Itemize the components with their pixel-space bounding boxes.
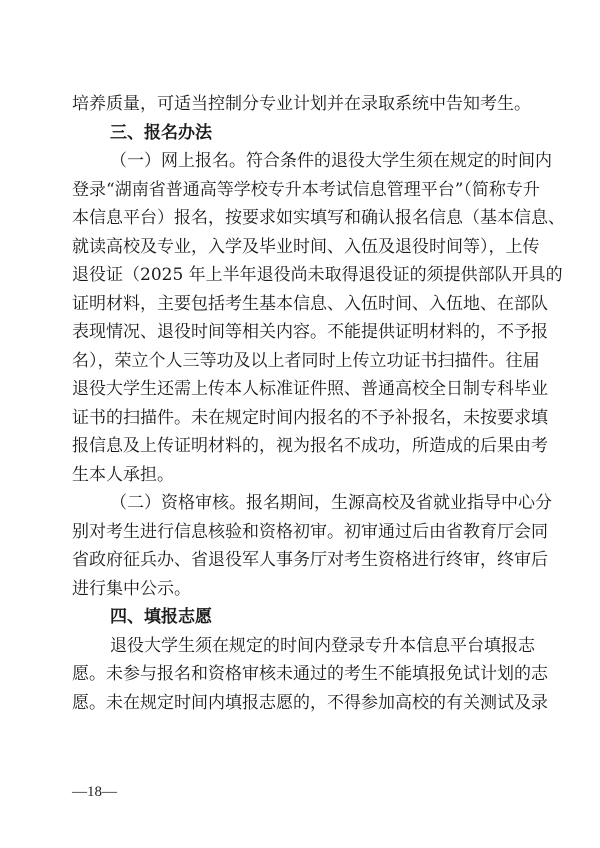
paragraph-line: 退役大学生还需上传本人标准证件照、普通高校全日制专科毕业	[72, 375, 530, 404]
paragraph-line: 本信息平台）报名，按要求如实填写和确认报名信息（基本信息、	[72, 204, 530, 233]
paragraph-line: 报信息及上传证明材料的，视为报名不成功，所造成的后果由考	[72, 432, 530, 461]
document-body: 培养质量，可适当控制分专业计划并在录取系统中告知考生。 三、报名办法 （一）网上…	[72, 90, 530, 717]
paragraph-line: 别对考生进行信息核验和资格初审。初审通过后由省教育厅会同	[72, 518, 530, 547]
paragraph-line: 生本人承担。	[72, 461, 530, 490]
paragraph-line: 证明材料，主要包括考生基本信息、入伍时间、入伍地、在部队	[72, 290, 530, 319]
paragraph-line: 就读高校及专业，入学及毕业时间、入伍及退役时间等），上传	[72, 233, 530, 262]
paragraph-line: 愿。未参与报名和资格审核未通过的考生不能填报免试计划的志	[72, 660, 530, 689]
section-heading-registration: 三、报名办法	[72, 119, 530, 148]
page-number: —18—	[72, 784, 117, 801]
document-page: 培养质量，可适当控制分专业计划并在录取系统中告知考生。 三、报名办法 （一）网上…	[0, 0, 600, 848]
paragraph-line: 省政府征兵办、省退役军人事务厅对考生资格进行终审，终审后	[72, 546, 530, 575]
paragraph-line: （一）网上报名。符合条件的退役大学生须在规定的时间内	[72, 147, 530, 176]
paragraph-line: 培养质量，可适当控制分专业计划并在录取系统中告知考生。	[72, 90, 530, 119]
paragraph-line: 名），荣立个人三等功及以上者同时上传立功证书扫描件。往届	[72, 347, 530, 376]
paragraph-line: 进行集中公示。	[72, 575, 530, 604]
paragraph-line: 退役证（2025 年上半年退役尚未取得退役证的须提供部队开具的	[72, 261, 530, 290]
paragraph-line: 愿。未在规定时间内填报志愿的，不得参加高校的有关测试及录	[72, 689, 530, 718]
paragraph-line: 证书的扫描件。未在规定时间内报名的不予补报名，未按要求填	[72, 404, 530, 433]
section-heading-preferences: 四、填报志愿	[72, 603, 530, 632]
paragraph-line: 表现情况、退役时间等相关内容。不能提供证明材料的，不予报	[72, 318, 530, 347]
paragraph-line: 登录“湖南省普通高等学校专升本考试信息管理平台”（简称专升	[72, 176, 530, 205]
paragraph-line: 退役大学生须在规定的时间内登录专升本信息平台填报志	[72, 632, 530, 661]
paragraph-line: （二）资格审核。报名期间，生源高校及省就业指导中心分	[72, 489, 530, 518]
